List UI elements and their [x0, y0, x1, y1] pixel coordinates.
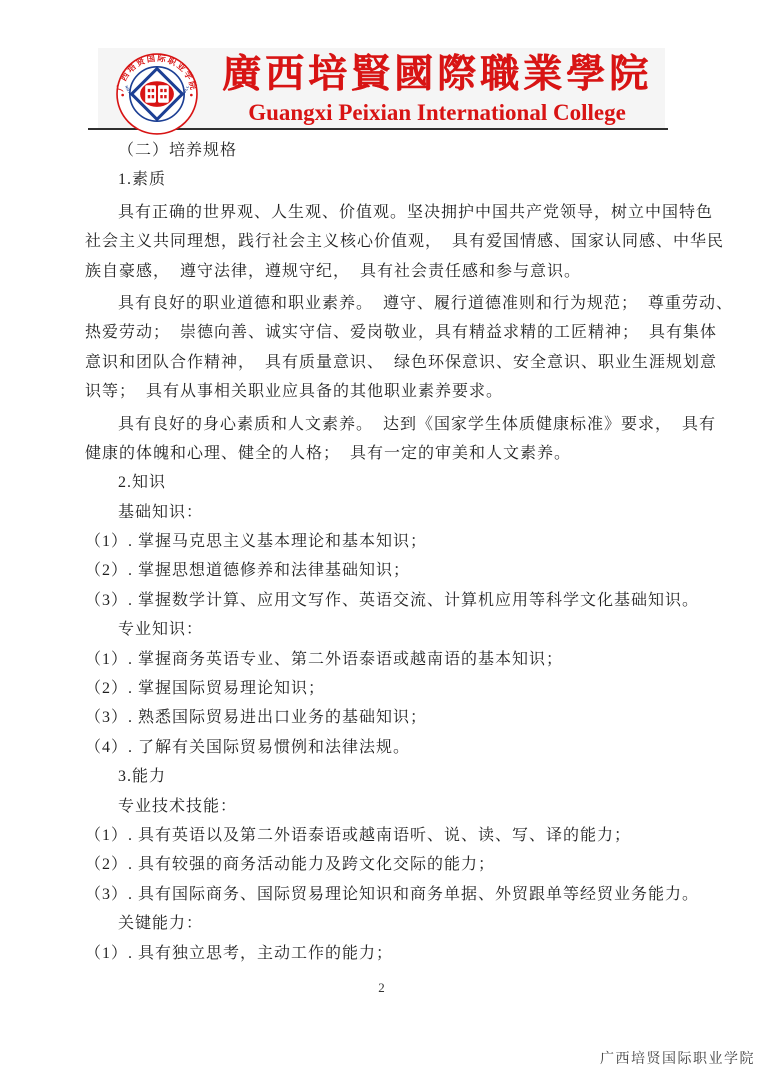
text-line: 具有良好的身心素质和人文素养。 达到《国家学生体质健康标准》要求， 具有 — [85, 410, 685, 439]
text-line: 具有正确的世界观、人生观、价值观。坚决拥护中国共产党领导，树立中国特色 — [85, 198, 685, 227]
letterhead-titles: 廣西培賢國際職業學院 Guangxi Peixian International… — [208, 50, 666, 126]
text-line: （2）. 掌握思想道德修养和法律基础知识； — [85, 556, 685, 585]
text-line: 专业知识： — [85, 615, 685, 644]
college-seal-icon: 广西培贤国际职业学院 GUANGXI PEIXIAN INTERNATIONAL… — [116, 53, 198, 135]
footer-watermark: 广西培贤国际职业学院 — [600, 1048, 755, 1068]
text-line: （1）. 具有独立思考，主动工作的能力； — [85, 939, 685, 968]
seal-center-disc — [140, 81, 174, 107]
text-line: （3）. 熟悉国际贸易进出口业务的基础知识； — [85, 703, 685, 732]
text-line: （二）培养规格 — [85, 136, 685, 165]
text-line: 关键能力： — [85, 909, 685, 938]
page-number: 2 — [0, 980, 763, 996]
college-seal-logo: 广西培贤国际职业学院 GUANGXI PEIXIAN INTERNATIONAL… — [116, 53, 198, 135]
text-line: 3.能力 — [85, 762, 685, 791]
document-body: （二）培养规格1.素质具有正确的世界观、人生观、价值观。坚决拥护中国共产党领导，… — [85, 136, 685, 968]
text-line: 具有良好的职业道德和职业素养。 遵守、履行道德准则和行为规范； 尊重劳动、 — [85, 289, 685, 318]
document-page: 广西培贤国际职业学院 GUANGXI PEIXIAN INTERNATIONAL… — [0, 0, 763, 1080]
text-line: 专业技术技能： — [85, 792, 685, 821]
text-line: 健康的体魄和心理、健全的人格； 具有一定的审美和人文素养。 — [85, 439, 685, 468]
text-line: 基础知识： — [85, 498, 685, 527]
text-line: （2）. 掌握国际贸易理论知识； — [85, 674, 685, 703]
text-line: （4）. 了解有关国际贸易惯例和法律法规。 — [85, 733, 685, 762]
text-line: （3）. 掌握数学计算、应用文写作、英语交流、计算机应用等科学文化基础知识。 — [85, 586, 685, 615]
text-line: （1）. 掌握马克思主义基本理论和基本知识； — [85, 527, 685, 556]
text-line: 社会主义共同理想，践行社会主义核心价值观， 具有爱国情感、国家认同感、中华民 — [85, 227, 685, 256]
text-line: （3）. 具有国际商务、国际贸易理论知识和商务单据、外贸跟单等经贸业务能力。 — [85, 880, 685, 909]
text-line: （2）. 具有较强的商务活动能力及跨文化交际的能力； — [85, 850, 685, 879]
text-line: （1）. 掌握商务英语专业、第二外语泰语或越南语的基本知识； — [85, 645, 685, 674]
text-line: （1）. 具有英语以及第二外语泰语或越南语听、说、读、写、译的能力； — [85, 821, 685, 850]
text-line: 1.素质 — [85, 165, 685, 194]
college-name-chinese: 廣西培賢國際職業學院 — [208, 50, 666, 100]
text-line: 2.知识 — [85, 468, 685, 497]
text-line: 热爱劳动； 崇德向善、诚实守信、爱岗敬业，具有精益求精的工匠精神； 具有集体 — [85, 318, 685, 347]
college-name-english: Guangxi Peixian International College — [208, 100, 666, 126]
text-line: 识等； 具有从事相关职业应具备的其他职业素养要求。 — [85, 377, 685, 406]
text-line: 族自豪感， 遵守法律，遵规守纪， 具有社会责任感和参与意识。 — [85, 257, 685, 286]
text-line: 意识和团队合作精神， 具有质量意识、 绿色环保意识、安全意识、职业生涯规划意 — [85, 348, 685, 377]
